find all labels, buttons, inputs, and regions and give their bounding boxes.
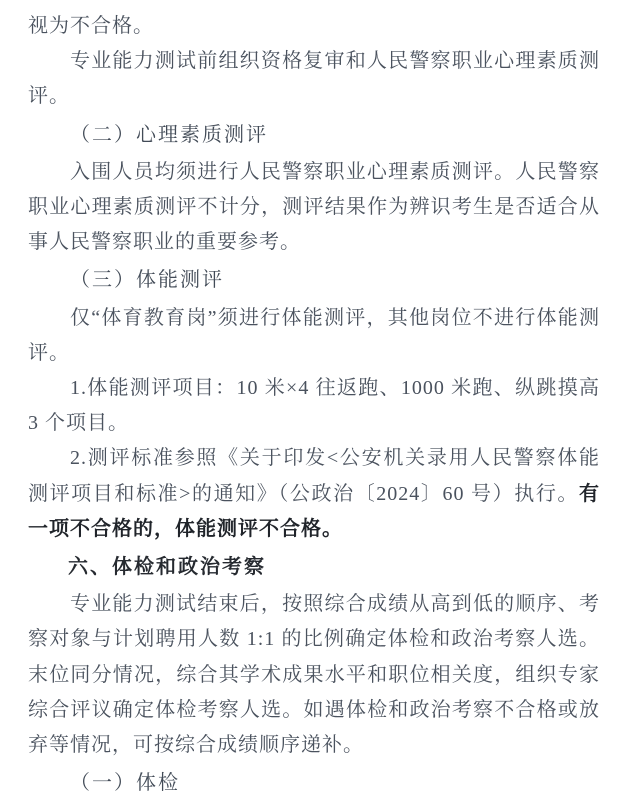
subsection-heading-medical-check: （一）体检: [28, 766, 600, 801]
body-paragraph: 专业能力测试前组织资格复审和人民警察职业心理素质测评。: [28, 44, 600, 114]
document-page: 视为不合格。专业能力测试前组织资格复审和人民警察职业心理素质测评。（二）心理素质…: [0, 0, 628, 812]
body-paragraph: 2.测评标准参照《关于印发<公安机关录用人民警察体能测评项目和标准>的通知》（公…: [28, 441, 600, 547]
text-run: （三）体能测评: [70, 269, 224, 291]
text-run: 1.体能测评项目：10 米×4 往返跑、1000 米跑、纵跳摸高 3 个项目。: [28, 377, 600, 434]
section-heading-medical-political: 六、体检和政治考察: [28, 550, 600, 585]
body-paragraph: 入围人员均须进行人民警察职业心理素质测评。人民警察职业心理素质测评不计分，测评结…: [28, 155, 600, 261]
body-paragraph: 视为不合格。: [28, 9, 600, 44]
text-run: 2.测评标准参照《关于印发<公安机关录用人民警察体能测评项目和标准>的通知》（公…: [28, 447, 600, 504]
body-paragraph: 1.体能测评项目：10 米×4 往返跑、1000 米跑、纵跳摸高 3 个项目。: [28, 371, 600, 441]
text-run: 专业能力测试前组织资格复审和人民警察职业心理素质测评。: [28, 50, 600, 107]
body-paragraph: 仅“体育教育岗”须进行体能测评，其他岗位不进行体能测评。: [28, 301, 600, 371]
text-run: 入围人员均须进行人民警察职业心理素质测评。人民警察职业心理素质测评不计分，测评结…: [28, 161, 600, 253]
document-body: 视为不合格。专业能力测试前组织资格复审和人民警察职业心理素质测评。（二）心理素质…: [28, 9, 600, 801]
text-run: 视为不合格。: [28, 15, 154, 37]
text-run: 仅“体育教育岗”须进行体能测评，其他岗位不进行体能测评。: [28, 307, 600, 364]
subsection-heading-physical-test: （三）体能测评: [28, 263, 600, 298]
text-run: 专业能力测试结束后，按照综合成绩从高到低的顺序、考察对象与计划聘用人数 1:1 …: [28, 593, 600, 756]
subsection-heading-psych-test: （二）心理素质测评: [28, 118, 600, 153]
text-run: （二）心理素质测评: [70, 124, 268, 146]
body-paragraph: 专业能力测试结束后，按照综合成绩从高到低的顺序、考察对象与计划聘用人数 1:1 …: [28, 587, 600, 763]
text-run: （一）体检: [70, 772, 180, 794]
emphasized-text-run: 六、体检和政治考察: [68, 556, 266, 578]
